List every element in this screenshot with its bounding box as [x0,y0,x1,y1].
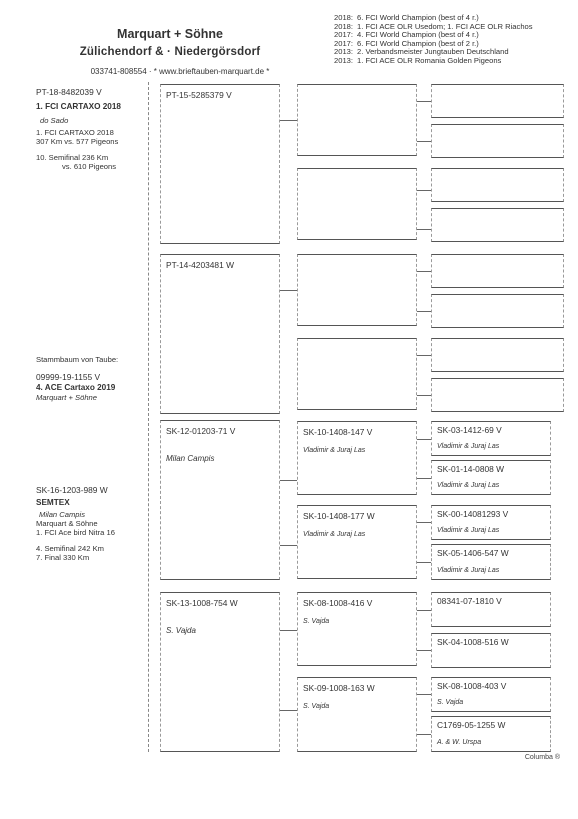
dam-result-line: 1. FCI Ace bird Nitra 16 [36,528,115,537]
sire-name: do Sado [36,116,121,125]
owner-name: S. Vajda [303,703,329,710]
ring-number: PT-14-4203481 W [166,260,234,270]
pedigree-box-dd-dam[interactable]: SK-09-1008-163 W S. Vajda [297,677,417,752]
sire-result-line: 10. Semifinal 236 Km [36,153,121,162]
pedigree-box-dsd-sire[interactable]: SK-00-14081293 V Vladimir & Juraj Las [431,505,551,540]
connector-line [417,190,431,191]
ring-number: SK-12-01203-71 V [166,426,235,436]
ring-number: SK-09-1008-163 W [303,683,375,693]
connector-line [280,710,297,711]
connector-line [417,478,431,479]
connector-line [417,734,431,735]
sire-info: PT-18-8482039 V 1. FCI CARTAXO 2018 do S… [36,88,121,171]
sire-result-line: 1. FCI CARTAXO 2018 [36,128,121,137]
pedigree-box-g3[interactable] [297,338,417,410]
sire-ring: PT-18-8482039 V [36,88,121,97]
owner-name: Vladimir & Juraj Las [437,443,499,450]
pedigree-box-dd-sire[interactable]: SK-08-1008-416 V S. Vajda [297,592,417,666]
ring-number: SK-01-14-0808 W [437,464,504,474]
pedigree-box-ds-sire[interactable]: SK-10-1408-147 V Vladimir & Juraj Las [297,421,417,495]
owner-name: S. Vajda [303,618,329,625]
pedigree-box-dds-dam[interactable]: SK-04-1008-516 W [431,633,551,668]
owner-name: S. Vajda [437,699,463,706]
sire-title: 1. FCI CARTAXO 2018 [36,102,121,111]
connector-line [280,480,297,481]
subject-owner: Marquart + Söhne [36,393,118,402]
breeder-contact: 033741-808554 · * www.brieftauben-marqua… [60,67,300,76]
ring-number: SK-04-1008-516 W [437,637,509,647]
connector-line [417,610,431,611]
pedigree-box-ddd-sire[interactable]: SK-08-1008-403 V S. Vajda [431,677,551,712]
ring-number: SK-05-1406-547 W [437,548,509,558]
breeder-locations: Zülichendorf & · Niedergörsdorf [60,46,280,58]
owner-name: Vladimir & Juraj Las [303,531,365,538]
connector-line [417,522,431,523]
owner-name: S. Vajda [166,626,196,635]
connector-line [417,141,431,142]
pedigree-box-ddd-dam[interactable]: C1769-05-1255 W A. & W. Urspa [431,716,551,752]
pedigree-box-dss-sire[interactable]: SK-03-1412-69 V Vladimir & Juraj Las [431,421,551,456]
breeder-title: Marquart + Söhne [60,27,280,41]
pedigree-box-g4[interactable] [431,378,564,412]
connector-line [417,439,431,440]
pedigree-box-g3[interactable] [297,84,417,156]
pedigree-box-g3[interactable] [297,168,417,240]
dam-ring: SK-16-1203-989 W [36,486,115,495]
connector-line [280,630,297,631]
dam-breeder: Milan Campis [36,510,115,519]
connector-line [417,395,431,396]
achievements-list: 2018:6. FCI World Champion (best of 4 r.… [334,14,533,66]
pedigree-box-g4[interactable] [431,168,564,202]
connector-line [417,355,431,356]
connector-line [280,545,297,546]
pedigree-box-ds-dam[interactable]: SK-10-1408-177 W Vladimir & Juraj Las [297,505,417,579]
owner-name: A. & W. Urspa [437,739,481,746]
owner-name: Vladimir & Juraj Las [437,527,499,534]
owner-name: Vladimir & Juraj Las [437,482,499,489]
pedigree-box-dam-sire[interactable]: SK-12-01203-71 V Milan Campis [160,420,280,580]
achievement-item: 2013:1. FCI ACE OLR Romania Golden Pigeo… [334,57,533,66]
ring-number: SK-03-1412-69 V [437,425,502,435]
subject-info: Stammbaum von Taube: 09999-19-1155 V 4. … [36,355,118,402]
pedigree-box-g4[interactable] [431,294,564,328]
pedigree-box-g4[interactable] [431,124,564,158]
pedigree-box-dds-sire[interactable]: 08341-07-1810 V [431,592,551,627]
connector-line [417,229,431,230]
pedigree-box-g4[interactable] [431,208,564,242]
sire-result-line: 307 Km vs. 577 Pigeons [36,137,121,146]
owner-name: Vladimir & Juraj Las [303,447,365,454]
owner-name: Milan Campis [166,454,214,463]
pedigree-box-sire-dam[interactable]: PT-14-4203481 W [160,254,280,414]
owner-name: Vladimir & Juraj Las [437,567,499,574]
pedigree-box-dsd-dam[interactable]: SK-05-1406-547 W Vladimir & Juraj Las [431,544,551,580]
connector-line [417,650,431,651]
dam-title: SEMTEX [36,498,115,507]
connector-line [417,311,431,312]
dam-info: SK-16-1203-989 W SEMTEX Milan Campis Mar… [36,486,115,562]
ring-number: SK-00-14081293 V [437,509,508,519]
ring-number: SK-13-1008-754 W [166,598,238,608]
connector-line [417,101,431,102]
ring-number: 08341-07-1810 V [437,596,502,606]
pedigree-box-dam-dam[interactable]: SK-13-1008-754 W S. Vajda [160,592,280,752]
connector-line [280,290,297,291]
ring-number: PT-15-5285379 V [166,90,232,100]
ring-number: C1769-05-1255 W [437,720,505,730]
sire-result-line: vs. 610 Pigeons [36,162,121,171]
dam-result-line: Marquart & Söhne [36,519,115,528]
column-divider [148,82,149,752]
subject-title: 4. ACE Cartaxo 2019 [36,383,118,392]
connector-line [417,562,431,563]
pedigree-box-dss-dam[interactable]: SK-01-14-0808 W Vladimir & Juraj Las [431,460,551,495]
connector-line [417,694,431,695]
dam-result-line: 4. Semifinal 242 Km [36,544,115,553]
pedigree-box-g4[interactable] [431,84,564,118]
ring-number: SK-08-1008-403 V [437,681,506,691]
ring-number: SK-10-1408-177 W [303,511,375,521]
connector-line [280,120,297,121]
pedigree-box-g3[interactable] [297,254,417,326]
connector-line [417,271,431,272]
dam-result-line: 7. Final 330 Km [36,553,115,562]
software-brand: Columba ® [525,754,560,761]
ring-number: SK-10-1408-147 V [303,427,372,437]
pedigree-box-g4[interactable] [431,254,564,288]
pedigree-label: Stammbaum von Taube: [36,355,118,364]
pedigree-box-g4[interactable] [431,338,564,372]
subject-ring: 09999-19-1155 V [36,373,118,382]
ring-number: SK-08-1008-416 V [303,598,372,608]
pedigree-box-sire-sire[interactable]: PT-15-5285379 V [160,84,280,244]
